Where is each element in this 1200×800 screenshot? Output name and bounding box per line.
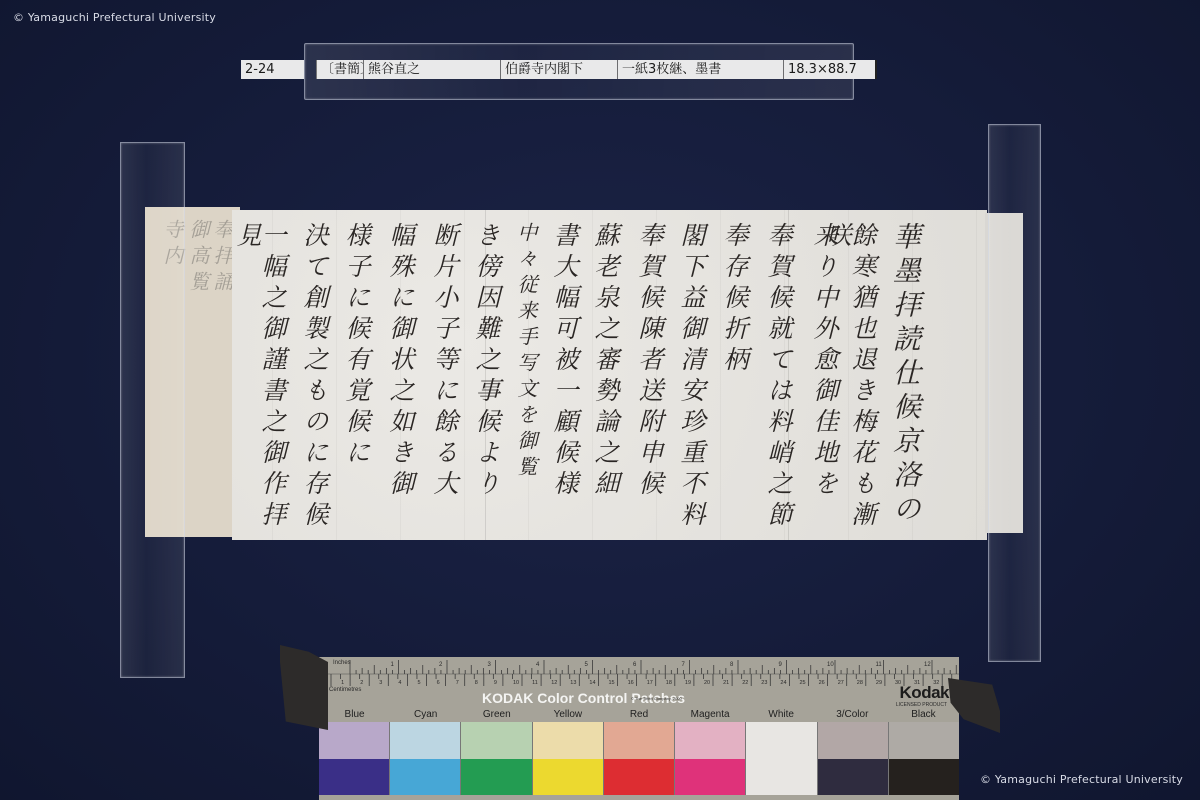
catalog-type: 〔書簡〕: [316, 60, 364, 79]
faint-column: 奉拝誦: [212, 219, 232, 297]
patch-light: [390, 722, 460, 759]
manuscript-column: 奉賀候陳者送附申候: [637, 222, 662, 501]
color-patch-red: [604, 722, 675, 795]
manuscript-column: 奉存候折柄: [722, 222, 747, 377]
patch-dark: [533, 759, 603, 796]
kodak-color-chart: 1234567891011121312345678910111213141516…: [319, 657, 959, 800]
svg-text:11: 11: [532, 680, 538, 686]
svg-text:10: 10: [827, 662, 834, 668]
manuscript-column: 来り中外愈御佳地を: [812, 222, 837, 501]
svg-text:6: 6: [437, 680, 440, 686]
manuscript-column: 蘇老泉之審勢論之細: [593, 222, 618, 501]
ruler: 1234567891011121312345678910111213141516…: [319, 657, 959, 691]
faint-column: 御高覧: [188, 219, 208, 297]
catalog-label: 2-24 〔書簡〕 熊谷直之 伯爵寺内閣下 一紙3枚継、墨書 18.3×88.7: [241, 60, 877, 79]
patch-light: [889, 722, 959, 759]
manuscript-column: 奉賀候就ては料峭之節: [766, 222, 791, 532]
patch-light: [818, 722, 888, 759]
kodak-logo: Kodak: [900, 683, 949, 703]
color-patch-blue: [319, 722, 390, 795]
patch-label: 3/Color: [817, 709, 888, 720]
svg-text:19: 19: [685, 680, 691, 686]
color-patch-cyan: [390, 722, 461, 795]
patch-dark: [604, 759, 674, 796]
svg-text:5: 5: [418, 680, 421, 686]
manuscript-letter: 華墨拝読仕候京洛の 餘寒猶也退き梅花も漸咲 来り中外愈御佳地を 奉賀候就ては料峭…: [232, 210, 987, 540]
svg-text:9: 9: [494, 680, 497, 686]
svg-text:8: 8: [730, 662, 734, 668]
catalog-description: 一紙3枚継、墨書: [618, 60, 784, 79]
patch-dark: [889, 759, 959, 796]
svg-text:24: 24: [780, 680, 786, 686]
manuscript-column: 閣下益御清安珍重不料: [679, 222, 704, 532]
svg-text:5: 5: [585, 662, 589, 668]
patch-light: [533, 722, 603, 759]
manuscript-column: 一幅之御謹書之御作拝見: [235, 222, 285, 540]
patch-dark: [390, 759, 460, 796]
patch-light: [461, 722, 531, 759]
svg-text:1: 1: [341, 680, 344, 686]
svg-text:1: 1: [391, 662, 395, 668]
svg-text:29: 29: [876, 680, 882, 686]
color-patches: [319, 722, 959, 795]
copyright-bottom-right: © Yamaguchi Prefectural University: [980, 773, 1183, 786]
patch-dark: [461, 759, 531, 796]
svg-text:18: 18: [666, 680, 672, 686]
manuscript-column: 幅殊に御状之如き御: [388, 222, 413, 501]
color-patch-magenta: [675, 722, 746, 795]
patch-dark: [818, 759, 888, 796]
svg-text:12: 12: [551, 680, 557, 686]
svg-text:8: 8: [475, 680, 478, 686]
copyright-top-left: © Yamaguchi Prefectural University: [13, 11, 216, 24]
svg-text:14: 14: [589, 680, 595, 686]
manuscript-column: 決て創製之ものに存候: [302, 222, 327, 532]
color-patch-3-color: [818, 722, 889, 795]
svg-text:7: 7: [456, 680, 459, 686]
patch-label: Blue: [319, 709, 390, 720]
svg-text:11: 11: [876, 662, 883, 668]
catalog-author: 熊谷直之: [364, 60, 501, 79]
svg-text:17: 17: [647, 680, 653, 686]
svg-text:20: 20: [704, 680, 710, 686]
manuscript-column: 様子に候有覚候に: [344, 222, 369, 470]
patch-label: Yellow: [532, 709, 603, 720]
svg-text:27: 27: [838, 680, 844, 686]
patch-light: [319, 722, 389, 759]
svg-text:21: 21: [723, 680, 729, 686]
color-patch-black: [889, 722, 959, 795]
svg-text:2: 2: [439, 662, 443, 668]
svg-text:9: 9: [779, 662, 783, 668]
catalog-size: 18.3×88.7: [784, 60, 877, 79]
manuscript-column: 断片小子等に餘る大: [432, 222, 457, 501]
svg-text:23: 23: [761, 680, 767, 686]
manuscript-column: き傍因難之事候より: [474, 222, 499, 501]
patch-light: [604, 722, 674, 759]
color-patch-green: [461, 722, 532, 795]
catalog-addressee: 伯爵寺内閣下: [501, 60, 618, 79]
svg-text:15: 15: [609, 680, 615, 686]
svg-text:25: 25: [800, 680, 806, 686]
patch-dark: [746, 759, 816, 796]
patch-label: Red: [603, 709, 674, 720]
chart-credit: © The Tiffen Company, 2000: [631, 696, 682, 701]
svg-text:28: 28: [857, 680, 863, 686]
svg-text:16: 16: [628, 680, 634, 686]
svg-text:22: 22: [742, 680, 748, 686]
acrylic-weight-right: [988, 124, 1041, 662]
patch-labels: BlueCyanGreenYellowRedMagentaWhite3/Colo…: [319, 709, 959, 720]
licensed-product: LICENSED PRODUCT: [896, 702, 947, 708]
manuscript-column: 中々従来手写文を御覧: [516, 222, 536, 482]
svg-text:3: 3: [379, 680, 382, 686]
acrylic-weight-left: [120, 142, 185, 678]
patch-label: Cyan: [390, 709, 461, 720]
patch-label: Green: [461, 709, 532, 720]
centimetres-label: Centimetres: [329, 687, 361, 693]
svg-text:3: 3: [488, 662, 492, 668]
svg-text:13: 13: [570, 680, 576, 686]
inches-label: Inches: [333, 660, 351, 666]
manuscript-column: 華墨拝読仕候京洛の: [891, 222, 919, 528]
svg-text:2: 2: [360, 680, 363, 686]
svg-text:4: 4: [398, 680, 401, 686]
patch-label: Magenta: [675, 709, 746, 720]
ruler-ticks: 1234567891011121312345678910111213141516…: [319, 657, 959, 691]
patch-light: [746, 722, 816, 759]
catalog-id: 2-24: [241, 60, 304, 79]
patch-label: Black: [888, 709, 959, 720]
patch-light: [675, 722, 745, 759]
svg-text:6: 6: [633, 662, 637, 668]
svg-text:4: 4: [536, 662, 540, 668]
svg-text:26: 26: [819, 680, 825, 686]
svg-text:7: 7: [682, 662, 686, 668]
svg-text:12: 12: [924, 662, 931, 668]
manuscript-column: 書大幅可被一顧候様: [552, 222, 577, 501]
color-patch-yellow: [533, 722, 604, 795]
patch-label: White: [746, 709, 817, 720]
svg-text:10: 10: [513, 680, 519, 686]
patch-dark: [319, 759, 389, 796]
color-patch-white: [746, 722, 817, 795]
patch-dark: [675, 759, 745, 796]
